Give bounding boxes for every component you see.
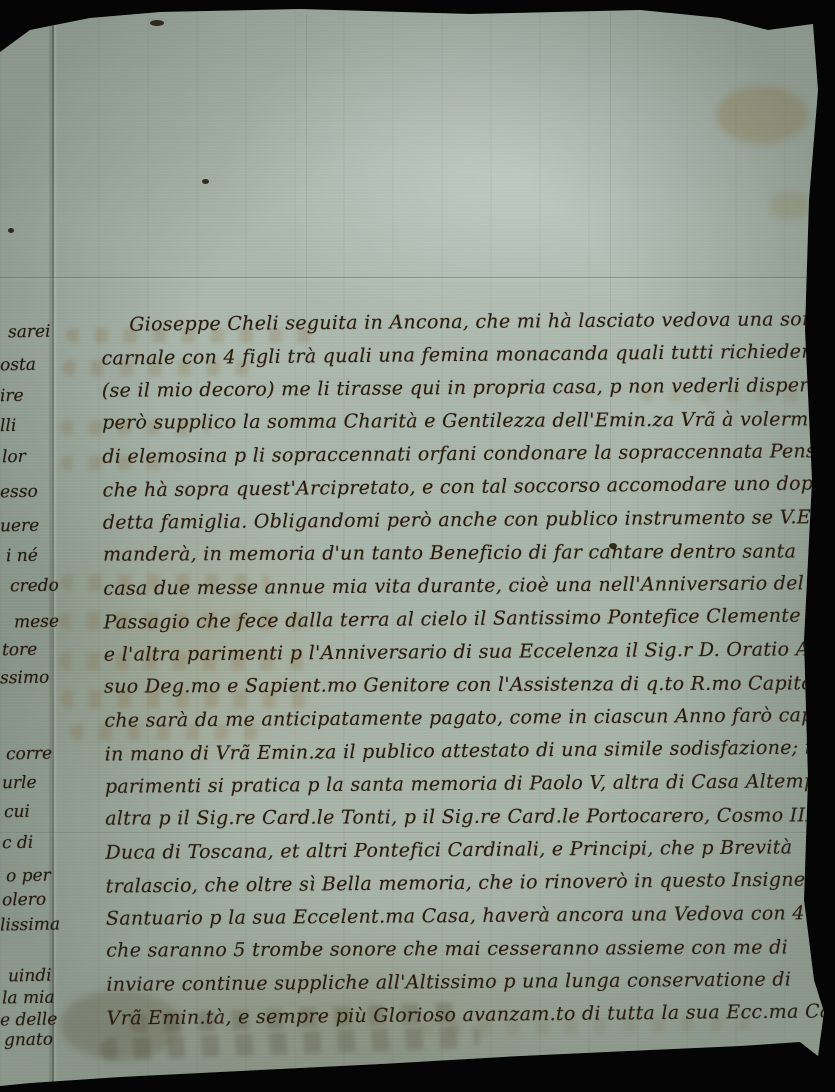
manuscript-scan: sarei osta ire lli lor esso uere i né cr…: [0, 0, 835, 1092]
edge-vignette: [0, 0, 835, 1092]
paper-sheet: sarei osta ire lli lor esso uere i né cr…: [0, 0, 835, 1092]
